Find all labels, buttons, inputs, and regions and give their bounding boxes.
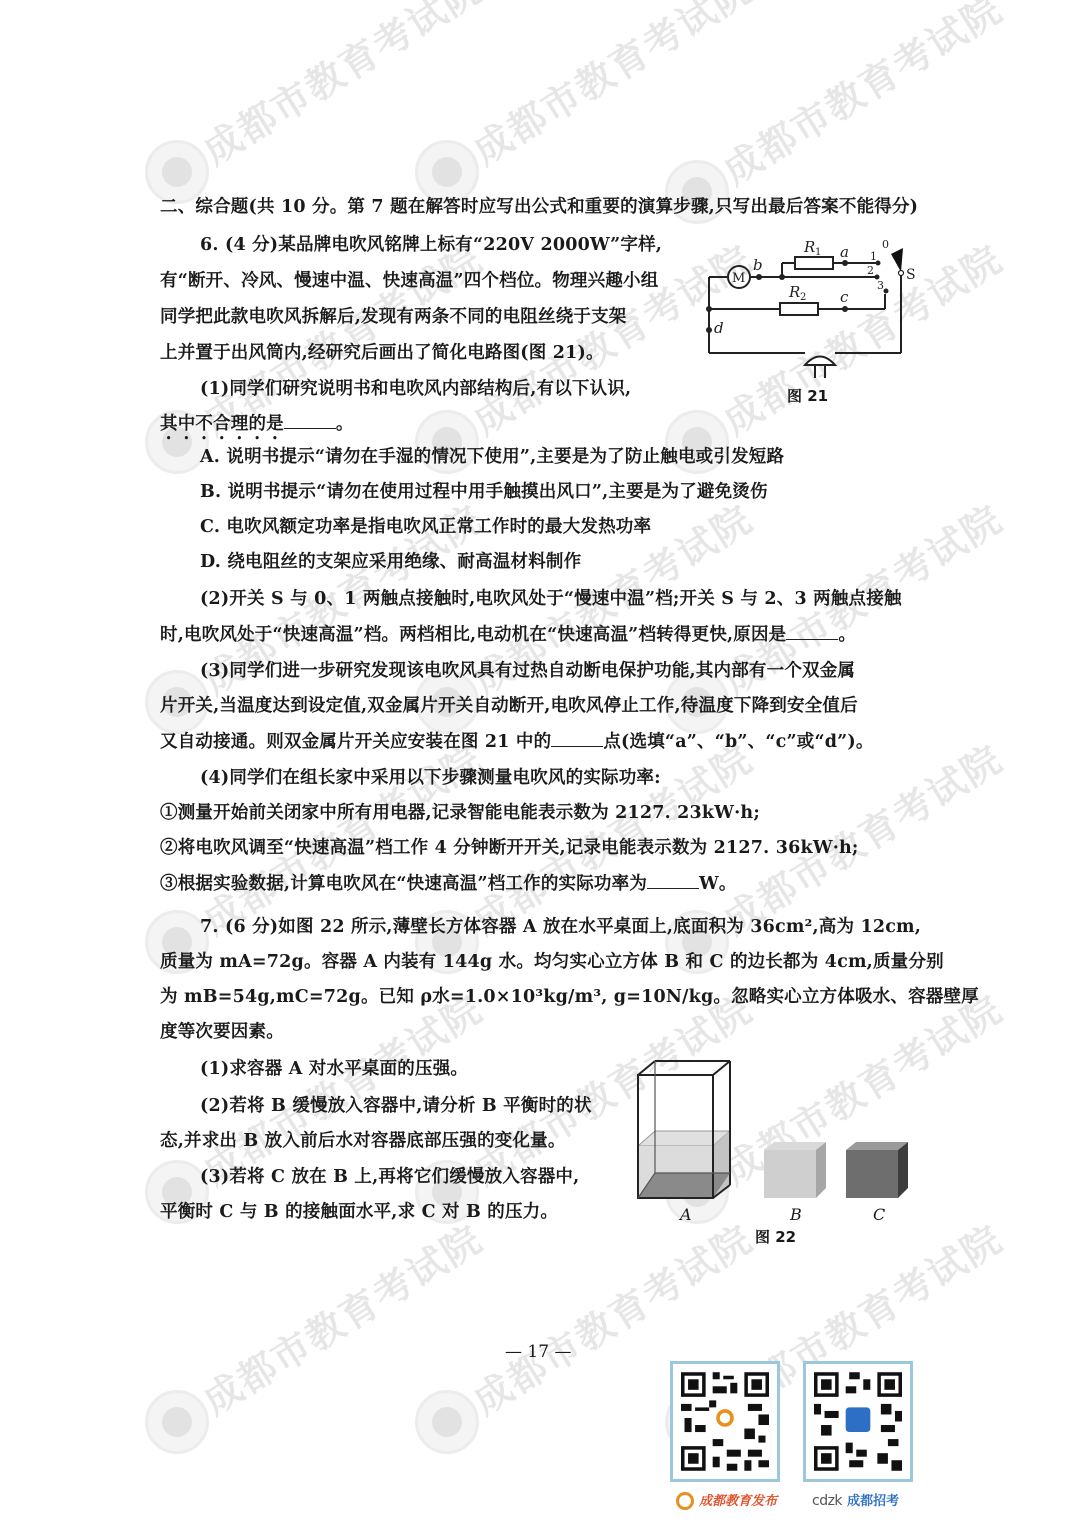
- section-heading: 二、综合题(共 10 分。第 7 题在解答时应写出公式和重要的演算步骤,只写出最…: [160, 196, 918, 218]
- label-a: a: [840, 243, 849, 261]
- watermark-text: 成都市教育考试院: [191, 0, 492, 175]
- answer-blank: [786, 623, 838, 640]
- label-r1-sub: 1: [815, 247, 821, 258]
- q6-part1-line-1: (1)同学们研究说明书和电吹风内部结构后,有以下认识,: [200, 378, 631, 400]
- q6-stem-line-3: 同学把此款电吹风拆解后,发现有两条不同的电阻丝绕于支架: [160, 306, 627, 328]
- q7-stem-line-1: 7. (6 分)如图 22 所示,薄壁长方体容器 A 放在水平桌面上,底面积为 …: [200, 916, 921, 938]
- q7-stem-line-3: 为 mB=54g,mC=72g。已知 ρ水=1.0×10³kg/m³, g=10…: [160, 986, 979, 1008]
- q6-part4-step-2: ②将电吹风调至“快速高温”档工作 4 分钟断开开关,记录电能表示数为 2127.…: [160, 837, 859, 859]
- q6-part4-step3-text: ③根据实验数据,计算电吹风在“快速高温”档工作的实际功率为: [160, 874, 647, 894]
- contact-3: 3: [877, 279, 884, 292]
- q6-part1-prompt: 其中不合理的是: [160, 414, 284, 434]
- logo-chengdu-zhaokao: cdzk 成都招考: [812, 1490, 899, 1509]
- watermark-seal-icon: [415, 140, 479, 204]
- q6-part4-line-1: (4)同学们在组长家中采用以下步骤测量电吹风的实际功率:: [200, 767, 661, 789]
- figure-22: A B C 图 22: [630, 1058, 930, 1248]
- punctuation: 。: [336, 414, 354, 434]
- q6-option-d: D. 绕电阻丝的支架应采用绝缘、耐高温材料制作: [200, 551, 581, 573]
- q7-part3-line-2: 平衡时 C 与 B 的接触面水平,求 C 对 B 的压力。: [160, 1201, 558, 1223]
- label-switch: S: [906, 267, 916, 283]
- cdzk-icon: cdzk: [812, 1493, 842, 1509]
- q6-part4-step-1: ①测量开始前关闭家中所有用电器,记录智能电能表示数为 2127. 23kW·h;: [160, 802, 760, 824]
- q7-part3-line-1: (3)若将 C 放在 B 上,再将它们缓慢放入容器中,: [200, 1166, 579, 1188]
- logo-chengdu-education: 成都教育发布: [676, 1490, 777, 1510]
- unit-watts: W。: [699, 874, 737, 894]
- label-r2-sub: 2: [800, 292, 806, 303]
- q6-part3-line-2: 片开关,当温度达到设定值,双金属片开关自动断开,电吹风停止工作,待温度下降到安全…: [160, 695, 858, 717]
- figure-22-caption: 图 22: [755, 1226, 796, 1247]
- label-b: b: [753, 256, 763, 274]
- q6-part3-text: 又自动接通。则双金属片开关应安装在图 21 中的: [160, 732, 551, 752]
- q6-stem-line-1: 6. (4 分)某品牌电吹风铭牌上标有“220V 2000W”字样,: [200, 234, 662, 256]
- q6-stem-line-2: 有“断开、冷风、慢速中温、快速高温”四个档位。物理兴趣小组: [160, 270, 658, 292]
- qr-pattern-icon: [681, 1372, 769, 1471]
- contact-1: 1: [870, 250, 877, 263]
- qr-pattern-icon: [814, 1372, 902, 1471]
- q7-part1: (1)求容器 A 对水平桌面的压强。: [200, 1058, 468, 1080]
- logo-label: 成都教育发布: [699, 1494, 777, 1509]
- watermark-seal-icon: [415, 1390, 479, 1454]
- label-motor: M: [732, 271, 745, 286]
- q6-part2-line-1: (2)开关 S 与 0、1 两触点接触时,电吹风处于“慢速中温”档;开关 S 与…: [200, 588, 902, 610]
- watermark-seal-icon: [145, 1390, 209, 1454]
- q7-stem-line-2: 质量为 mA=72g。容器 A 内装有 144g 水。均匀实心立方体 B 和 C…: [160, 951, 944, 973]
- qr-code-chengdu-zhaokao[interactable]: [803, 1361, 913, 1482]
- watermark-seal-icon: [145, 140, 209, 204]
- q6-option-c: C. 电吹风额定功率是指电吹风正常工作时的最大发热功率: [200, 516, 651, 538]
- q6-option-a: A. 说明书提示“请勿在手湿的情况下使用”,主要是为了防止触电或引发短路: [200, 446, 784, 468]
- watermark-text: 成都市教育考试院: [461, 0, 762, 175]
- qr-code-chengdu-education[interactable]: [670, 1361, 780, 1482]
- answer-blank: [284, 412, 336, 429]
- figure-21-caption: 图 21: [787, 385, 828, 406]
- label-d: d: [714, 319, 724, 337]
- answer-blank: [647, 872, 699, 889]
- label-c: c: [840, 288, 849, 306]
- q6-part4-step-3: ③根据实验数据,计算电吹风在“快速高温”档工作的实际功率为W。: [160, 872, 737, 895]
- q6-option-b: B. 说明书提示“请勿在使用过程中用手触摸出风口”,主要是为了避免烫伤: [200, 481, 768, 503]
- label-r2: R: [788, 283, 800, 301]
- punctuation: 。: [838, 625, 856, 645]
- label-r1: R: [803, 238, 815, 256]
- label-cube-c: C: [873, 1205, 885, 1224]
- watermark-text: 成都市教育考试院: [191, 979, 492, 1195]
- q6-part2-text: 时,电吹风处于“快速高温”档。两档相比,电动机在“快速高温”档转得更快,原因是: [160, 625, 786, 645]
- q7-stem-line-4: 度等次要因素。: [160, 1021, 284, 1043]
- label-container-a: A: [680, 1205, 692, 1224]
- q6-stem-line-4: 上并置于出风筒内,经研究后画出了简化电路图(图 21)。: [160, 342, 604, 364]
- q7-part2-line-1: (2)若将 B 缓慢放入容器中,请分析 B 平衡时的状: [200, 1095, 592, 1117]
- figure-22-drawing: [630, 1058, 930, 1208]
- watermark-text: 成都市教育考试院: [711, 0, 1012, 195]
- q6-part2-line-2: 时,电吹风处于“快速高温”档。两档相比,电动机在“快速高温”档转得更快,原因是。: [160, 623, 856, 646]
- q6-part1-line-2: 其中不合理的是。: [160, 412, 354, 444]
- watermark-text: 成都市教育考试院: [191, 1209, 492, 1425]
- answer-blank: [551, 730, 603, 747]
- logo-label: 成都招考: [847, 1494, 899, 1509]
- q7-part2-line-2: 态,并求出 B 放入前后水对容器底部压强的变化量。: [160, 1130, 566, 1152]
- orange-ring-icon: [676, 1492, 694, 1510]
- q6-part3-line-1: (3)同学们进一步研究发现该电吹风具有过热自动断电保护功能,其内部有一个双金属: [200, 660, 855, 682]
- label-cube-b: B: [790, 1205, 802, 1224]
- q6-part3-choices: 点(选填“a”、“b”、“c”或“d”)。: [603, 732, 873, 752]
- circuit-diagram: R 1 a b M R 2 c d 0 1 2 3 S: [695, 230, 930, 410]
- page-number: — 17 —: [505, 1342, 571, 1362]
- q6-part3-line-3: 又自动接通。则双金属片开关应安装在图 21 中的点(选填“a”、“b”、“c”或…: [160, 730, 874, 753]
- contact-0: 0: [882, 238, 889, 251]
- figure-21-circuit: R 1 a b M R 2 c d 0 1 2 3 S 图 21: [695, 230, 930, 410]
- contact-2: 2: [867, 264, 874, 277]
